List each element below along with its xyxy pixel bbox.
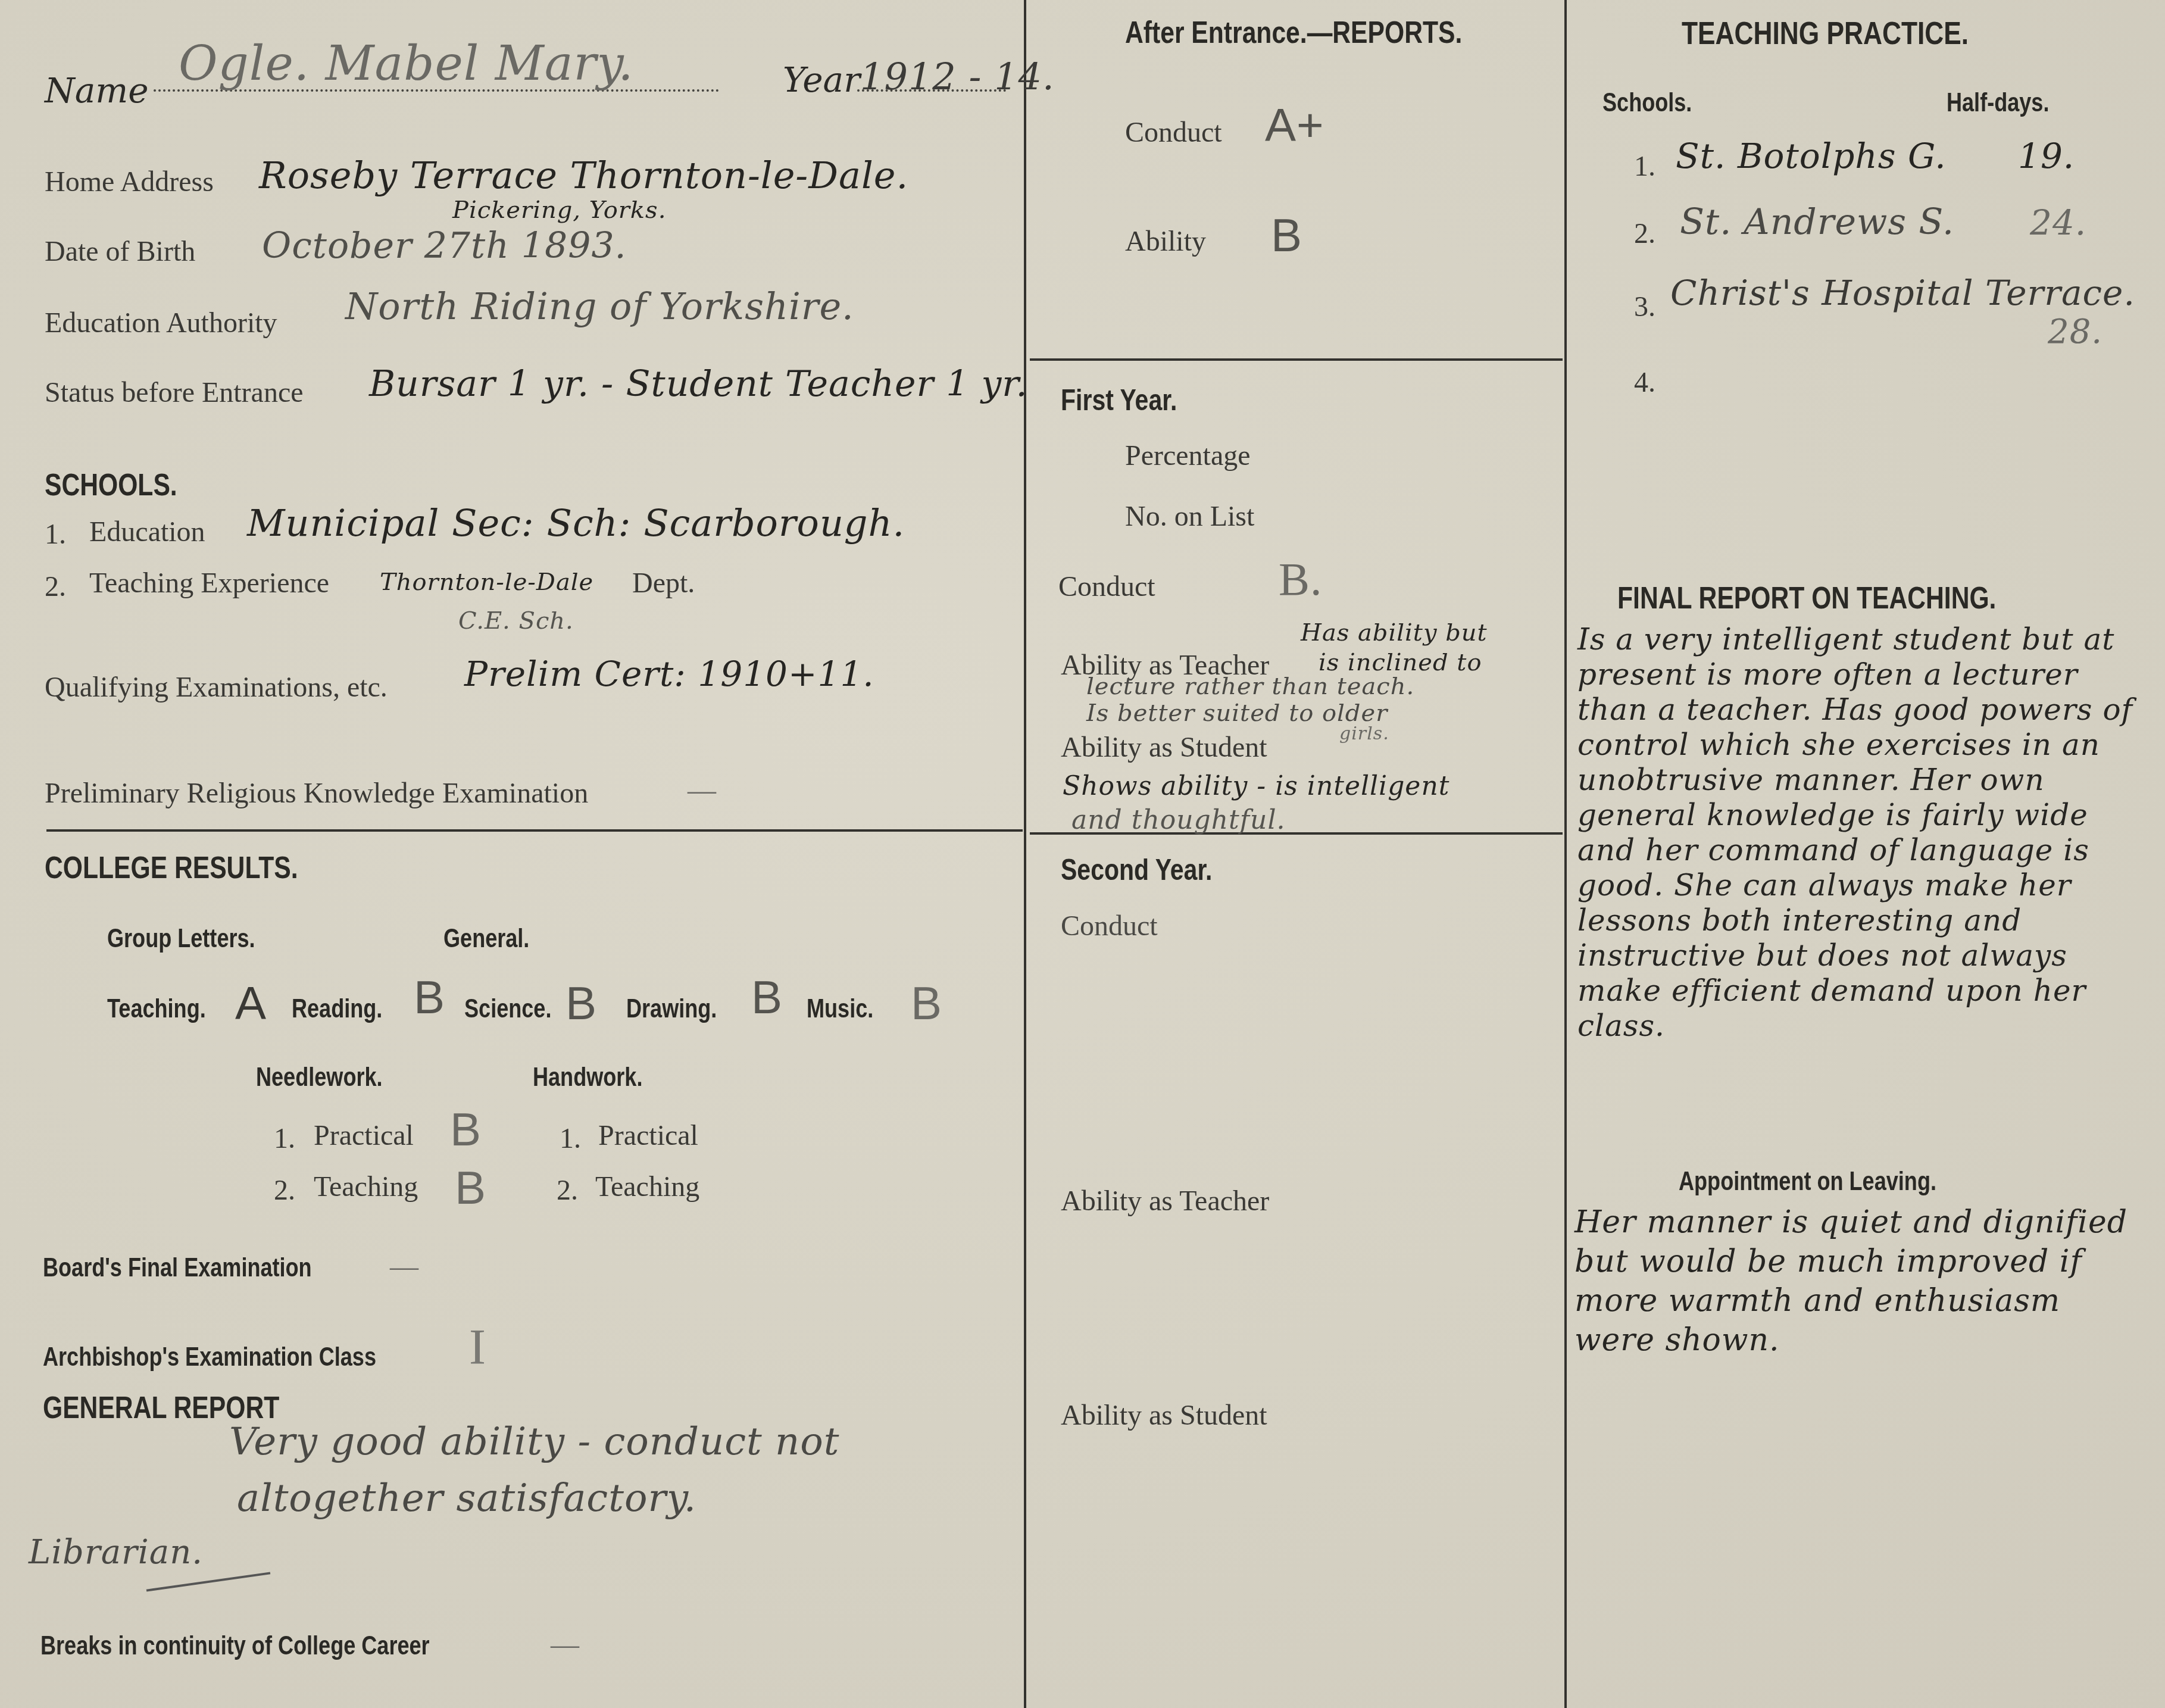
prelim-religious-label: Preliminary Religious Knowledge Examinat…: [45, 777, 588, 810]
boards-final-label: Board's Final Examination: [43, 1253, 312, 1283]
column-divider-right: [1564, 0, 1567, 1708]
first-year-heading: First Year.: [1061, 383, 1177, 417]
needlework-teaching-label: Teaching: [314, 1170, 418, 1203]
status-label: Status before Entrance: [45, 376, 303, 409]
group-letters-label: Group Letters.: [107, 924, 255, 954]
final-report-text: Is a very intelligent student but at pre…: [1577, 622, 2149, 1044]
grade-label-music: Music.: [807, 994, 873, 1024]
handwork-practical-num: 1.: [560, 1122, 581, 1155]
grade-label-science: Science.: [464, 994, 551, 1024]
prelim-religious-value: —: [688, 774, 716, 807]
archbishop-label: Archbishop's Examination Class: [43, 1342, 376, 1372]
dob-value: October 27th 1893.: [262, 225, 627, 267]
archbishop-value: I: [469, 1319, 486, 1376]
no-on-list-label: No. on List: [1125, 500, 1254, 533]
general-report-line2: altogether satisfactory.: [237, 1476, 696, 1520]
breaks-label: Breaks in continuity of College Career: [40, 1631, 430, 1661]
column-divider-left: [1024, 0, 1026, 1708]
practice-halfdays-1: 19.: [2018, 136, 2075, 176]
teaching-exp-label: Teaching Experience: [89, 567, 329, 599]
schools-heading: SCHOOLS.: [45, 467, 177, 503]
college-results-heading: COLLEGE RESULTS.: [45, 850, 298, 886]
fy-ability-student-label: Ability as Student: [1061, 731, 1267, 764]
halfdays-column-label: Half-days.: [1947, 88, 2049, 118]
rule-college-results: [46, 829, 1023, 832]
second-year-heading: Second Year.: [1061, 853, 1213, 887]
handwork-label: Handwork.: [533, 1063, 642, 1092]
sy-ability-teacher-label: Ability as Teacher: [1061, 1185, 1269, 1217]
needlework-teaching-num: 2.: [274, 1174, 295, 1207]
entrance-ability-label: Ability: [1125, 225, 1206, 258]
fy-ability-student-note1: Shows ability - is intelligent: [1063, 771, 1449, 801]
grade-label-reading: Reading.: [292, 994, 382, 1024]
status-value: Bursar 1 yr. - Student Teacher 1 yr.: [369, 363, 1028, 405]
needlework-label: Needlework.: [256, 1063, 383, 1092]
grade-label-teaching: Teaching.: [107, 994, 206, 1024]
grade-value-teaching: A: [235, 976, 267, 1031]
breaks-value: —: [551, 1628, 579, 1661]
handwork-teaching-num: 2.: [557, 1174, 578, 1207]
home-address-value-line2: Pickering, Yorks.: [452, 196, 666, 224]
grade-value-reading: B: [414, 970, 445, 1025]
grade-value-music: B: [911, 976, 942, 1031]
entrance-ability-value: B: [1271, 208, 1302, 263]
reports-heading: After Entrance.—REPORTS.: [1125, 15, 1462, 51]
entrance-conduct-value: A+: [1265, 98, 1324, 152]
practice-num-3: 3.: [1634, 291, 1655, 323]
fy-ability-teacher-note2: lecture rather than teach.: [1086, 673, 1414, 700]
needlework-practical-num: 1.: [274, 1122, 295, 1155]
practice-school-3: Christ's Hospital Terrace.: [1670, 273, 2135, 313]
fy-conduct-label: Conduct: [1058, 570, 1155, 603]
year-value: 1912 - 14.: [860, 55, 1055, 98]
teaching-exp-value: Thornton-le-Dale: [380, 569, 593, 596]
teaching-practice-heading: TEACHING PRACTICE.: [1682, 15, 1969, 52]
education-value: Municipal Sec: Sch: Scarborough.: [247, 501, 905, 545]
general-report-note: Librarian.: [29, 1533, 203, 1572]
appointment-text: Her manner is quiet and dignified but wo…: [1574, 1203, 2149, 1360]
needlework-practical-value: B: [450, 1103, 482, 1157]
sy-conduct-label: Conduct: [1061, 910, 1158, 942]
schools-column-label: Schools.: [1602, 88, 1692, 118]
grade-value-science: B: [566, 976, 597, 1031]
name-value: Ogle. Mabel Mary.: [179, 36, 634, 91]
education-authority-value: North Riding of Yorkshire.: [345, 285, 854, 328]
dob-label: Date of Birth: [45, 235, 195, 268]
teaching-exp-dept: Dept.: [632, 567, 695, 599]
practice-halfdays-3: 28.: [2048, 313, 2102, 351]
general-report-note-underline: [146, 1572, 271, 1591]
student-record-card: Name Ogle. Mabel Mary. Year 1912 - 14. H…: [0, 0, 2165, 1708]
needlework-practical-label: Practical: [314, 1119, 414, 1152]
education-authority-label: Education Authority: [45, 307, 277, 339]
practice-num-4: 4.: [1634, 366, 1655, 399]
grade-value-drawing: B: [751, 970, 783, 1025]
qualifying-value: Prelim Cert: 1910+11.: [464, 654, 874, 694]
practice-num-1: 1.: [1634, 150, 1655, 183]
needlework-teaching-value: B: [455, 1161, 486, 1215]
home-address-value: Roseby Terrace Thornton-le-Dale.: [259, 154, 908, 197]
grade-label-drawing: Drawing.: [626, 994, 717, 1024]
handwork-teaching-label: Teaching: [595, 1170, 699, 1203]
percentage-label: Percentage: [1125, 439, 1251, 472]
teaching-exp-num: 2.: [45, 570, 66, 603]
general-label: General.: [443, 924, 529, 954]
appointment-heading: Appointment on Leaving.: [1679, 1167, 1936, 1197]
practice-school-1: St. Botolphs G.: [1676, 136, 1947, 176]
boards-final-value: —: [390, 1250, 418, 1283]
year-label: Year: [783, 60, 860, 100]
fy-conduct-value: B.: [1279, 552, 1323, 606]
fy-ability-student-note2: and thoughtful.: [1071, 805, 1285, 835]
qualifying-label: Qualifying Examinations, etc.: [45, 671, 388, 704]
handwork-practical-label: Practical: [598, 1119, 698, 1152]
fy-ability-teacher-note4: girls.: [1339, 723, 1389, 744]
name-label: Name: [45, 70, 149, 111]
rule-first-year: [1030, 358, 1563, 361]
practice-school-2: St. Andrews S.: [1680, 201, 1954, 243]
practice-halfdays-2: 24.: [2030, 202, 2086, 243]
general-report-line1: Very good ability - conduct not: [229, 1420, 840, 1464]
fy-ability-teacher-note0: Has ability but: [1301, 619, 1488, 647]
entrance-conduct-label: Conduct: [1125, 116, 1222, 149]
home-address-label: Home Address: [45, 166, 214, 198]
final-report-heading: FINAL REPORT ON TEACHING.: [1617, 580, 1996, 616]
sy-ability-student-label: Ability as Student: [1061, 1399, 1267, 1432]
practice-num-2: 2.: [1634, 217, 1655, 250]
education-num: 1.: [45, 518, 66, 551]
education-label: Education: [89, 516, 205, 548]
teaching-exp-value-line2: C.E. Sch.: [458, 607, 574, 635]
